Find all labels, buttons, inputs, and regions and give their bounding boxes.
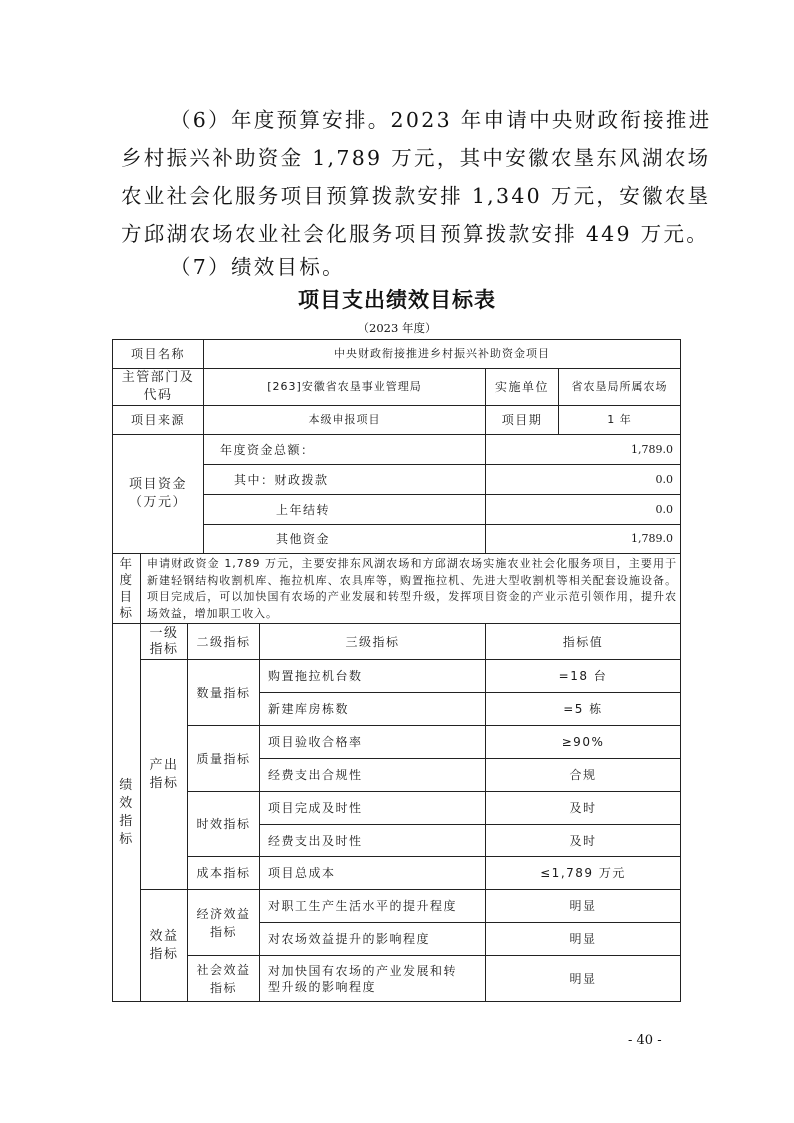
indicator-name: 新建库房栋数 xyxy=(259,692,486,726)
indicator-value: =5 栋 xyxy=(485,692,681,726)
indicator-name: 项目验收合格率 xyxy=(259,725,486,759)
label-char: 年 xyxy=(119,556,133,573)
page-number: - 40 - xyxy=(628,1033,662,1048)
header-line: 一级 xyxy=(149,626,178,642)
indicator-value: 明显 xyxy=(485,955,681,1002)
period-label: 项目期 xyxy=(485,405,559,435)
annual-goal-text: 申请财政资金 1,789 万元，主要安排东风湖农场和方邱湖农场实施农业社会化服务… xyxy=(147,556,677,622)
indicator-name: 项目总成本 xyxy=(259,856,486,890)
label-char: 目 xyxy=(119,589,133,606)
header-level2: 二级指标 xyxy=(187,623,260,660)
cell-line: 指标 xyxy=(210,979,237,997)
level1-benefit: 效益 指标 xyxy=(140,889,188,1002)
cell-line: 指标 xyxy=(149,775,178,793)
indicator-value: ≥90% xyxy=(485,725,681,759)
cell-line: 指标 xyxy=(210,923,237,941)
cell-line: 产出 xyxy=(149,757,178,775)
fund-row-value: 1,789.0 xyxy=(485,434,681,465)
paragraph-line: 方邱湖农场农业社会化服务项目预算拨款安排 449 万元。 xyxy=(121,217,709,247)
cell-line: 对加快国有农场的产业发展和转 xyxy=(268,963,457,979)
dept-label-line2: 代码 xyxy=(143,387,172,405)
cell-line: 效益 xyxy=(149,928,178,946)
indicator-name: 对加快国有农场的产业发展和转 型升级的影响程度 xyxy=(259,955,486,1002)
header-level1: 一级 指标 xyxy=(140,623,188,660)
level2-quality: 质量指标 xyxy=(187,725,260,792)
performance-indicators-label: 绩 效 指 标 xyxy=(112,623,141,1002)
label-char: 效 xyxy=(119,795,134,813)
indicator-value: 及时 xyxy=(485,824,681,857)
label-char: 标 xyxy=(119,831,134,849)
table-title: 项目支出绩效目标表 xyxy=(0,284,794,314)
funds-label-line2: （万元） xyxy=(129,494,187,512)
level2-timeliness: 时效指标 xyxy=(187,791,260,857)
fund-row-value: 1,789.0 xyxy=(485,524,681,554)
indicator-value: ≤1,789 万元 xyxy=(485,856,681,890)
cell-line: 型升级的影响程度 xyxy=(268,979,376,995)
source-label: 项目来源 xyxy=(112,405,204,435)
level1-output: 产出 指标 xyxy=(140,659,188,890)
dept-value: [263]安徽省农垦事业管理局 xyxy=(203,368,486,406)
impl-unit-label: 实施单位 xyxy=(485,368,559,406)
indicator-name: 经费支出合规性 xyxy=(259,758,486,792)
funds-label-line1: 项目资金 xyxy=(129,476,187,494)
paragraph-line: （6）年度预算安排。2023 年申请中央财政衔接推进 xyxy=(170,103,712,133)
header-level3: 三级指标 xyxy=(259,623,486,660)
table-subtitle: （2023 年度） xyxy=(0,320,794,336)
source-value: 本级申报项目 xyxy=(203,405,486,435)
indicator-name: 购置拖拉机台数 xyxy=(259,659,486,693)
cell-line: 经济效益 xyxy=(196,905,250,923)
cell-line: 社会效益 xyxy=(196,961,250,979)
level2-cost: 成本指标 xyxy=(187,856,260,890)
cell-line: 指标 xyxy=(149,946,178,964)
indicator-name: 对农场效益提升的影响程度 xyxy=(259,922,486,956)
indicator-value: 合规 xyxy=(485,758,681,792)
paragraph-line: （7）绩效目标。 xyxy=(170,250,345,280)
project-name-label: 项目名称 xyxy=(112,339,204,369)
annual-goal-label: 年 度 目 标 xyxy=(112,553,141,624)
dept-label-line1: 主管部门及 xyxy=(122,369,195,387)
period-value: 1 年 xyxy=(558,405,681,435)
level2-quantity: 数量指标 xyxy=(187,659,260,726)
fund-row-value: 0.0 xyxy=(485,494,681,525)
header-line: 指标 xyxy=(149,642,178,658)
impl-unit-value: 省农垦局所属农场 xyxy=(558,368,681,406)
label-char: 指 xyxy=(119,813,134,831)
level2-economic: 经济效益 指标 xyxy=(187,889,260,956)
project-name-value: 中央财政衔接推进乡村振兴补助资金项目 xyxy=(203,339,681,369)
indicator-name: 项目完成及时性 xyxy=(259,791,486,825)
indicator-value: 明显 xyxy=(485,889,681,923)
indicator-value: 明显 xyxy=(485,922,681,956)
fund-row-label: 年度资金总额： xyxy=(203,434,486,465)
label-char: 绩 xyxy=(119,777,134,795)
paragraph-line: 乡村振兴补助资金 1,789 万元，其中安徽农垦东风湖农场 xyxy=(121,141,710,171)
fund-row-value: 0.0 xyxy=(485,464,681,495)
label-char: 度 xyxy=(119,572,133,589)
indicator-name: 经费支出及时性 xyxy=(259,824,486,857)
level2-social: 社会效益 指标 xyxy=(187,955,260,1002)
fund-row-label: 其他资金 xyxy=(203,524,486,554)
indicator-name: 对职工生产生活水平的提升程度 xyxy=(259,889,486,923)
label-char: 标 xyxy=(119,605,133,622)
paragraph-line: 农业社会化服务项目预算拨款安排 1,340 万元，安徽农垦 xyxy=(121,179,710,209)
funds-label: 项目资金 （万元） xyxy=(112,434,204,554)
header-value: 指标值 xyxy=(485,623,681,660)
fund-row-label: 上年结转 xyxy=(203,494,486,525)
indicator-value: =18 台 xyxy=(485,659,681,693)
dept-label: 主管部门及 代码 xyxy=(112,368,204,406)
indicator-value: 及时 xyxy=(485,791,681,825)
fund-row-label: 其中：财政拨款 xyxy=(203,464,486,495)
